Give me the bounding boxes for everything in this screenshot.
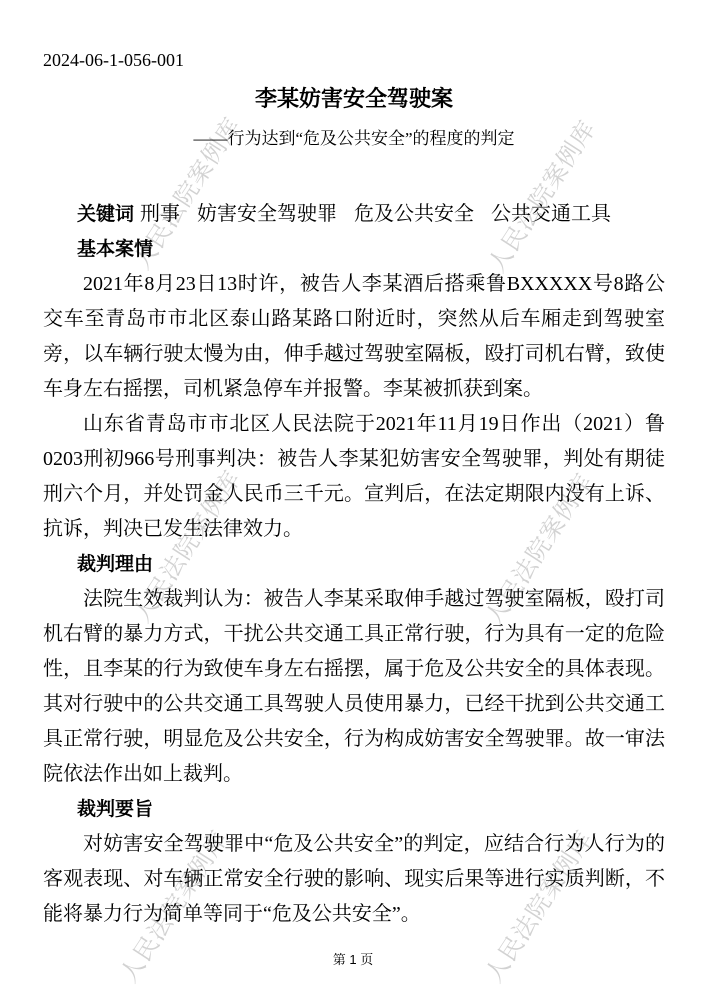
- document-body: 关键词刑事妨害安全驾驶罪危及公共安全公共交通工具 基本案情 2021年8月23日…: [43, 197, 665, 932]
- keyword: 危及公共安全: [354, 203, 474, 225]
- case-subtitle: ——行为达到“危及公共安全”的程度的判定: [43, 128, 665, 150]
- paragraph: 山东省青岛市市北区人民法院于2021年11月19日作出（2021）鲁0203刑初…: [43, 407, 665, 547]
- section-heading-basic-facts: 基本案情: [43, 232, 665, 267]
- keyword: 妨害安全驾驶罪: [197, 203, 337, 225]
- keyword: 刑事: [140, 203, 180, 225]
- paragraph: 法院生效裁判认为：被告人李某采取伸手越过驾驶室隔板，殴打司机右臂的暴力方式，干扰…: [43, 582, 665, 792]
- section-heading-judgment-gist: 裁判要旨: [43, 792, 665, 827]
- section-heading-judgment-reasons: 裁判理由: [43, 547, 665, 582]
- keywords-label: 关键词: [77, 204, 134, 225]
- keyword: 公共交通工具: [491, 203, 611, 225]
- document-content: 2024-06-1-056-001 李某妨害安全驾驶案 ——行为达到“危及公共安…: [0, 0, 706, 932]
- document-page: 人民法院案例库 人民法院案例库 人民法院案例库 人民法院案例库 人民法院案例库 …: [0, 0, 706, 999]
- page-number: 第 1 页: [0, 951, 706, 969]
- document-number: 2024-06-1-056-001: [43, 48, 665, 72]
- paragraph: 2021年8月23日13时许，被告人李某酒后搭乘鲁BXXXXX号8路公交车至青岛…: [43, 267, 665, 407]
- case-title: 李某妨害安全驾驶案: [43, 86, 665, 112]
- paragraph: 对妨害安全驾驶罪中“危及公共安全”的判定，应结合行为人行为的客观表现、对车辆正常…: [43, 827, 665, 932]
- keywords-line: 关键词刑事妨害安全驾驶罪危及公共安全公共交通工具: [43, 197, 665, 232]
